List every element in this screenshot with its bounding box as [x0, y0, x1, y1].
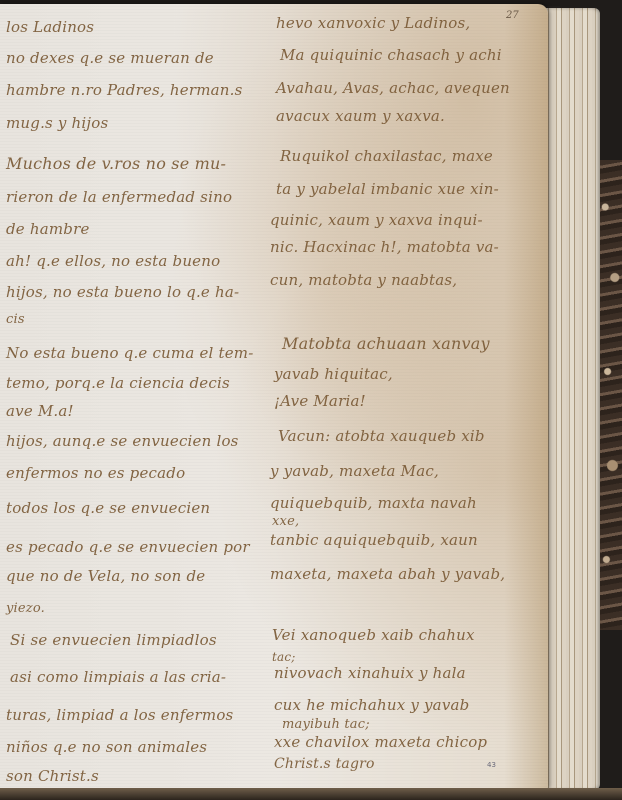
left-line: los Ladinos — [6, 18, 94, 36]
right-line: Ma quiquinic chasach y achi — [280, 46, 502, 64]
left-line: todos los q.e se envuecien — [6, 499, 210, 517]
left-line: Si se envuecien limpiadlos — [10, 631, 217, 649]
right-line: Christ.s tagro — [274, 756, 375, 772]
left-line: mug.s y hijos — [6, 114, 108, 132]
right-line: quiquebquib, maxta navah — [270, 494, 477, 512]
right-line: Matobta achuaan xanvay — [282, 334, 490, 353]
right-line: yavab hiquitac, — [274, 365, 393, 383]
left-line: hambre n.ro Padres, herman.s — [6, 81, 243, 99]
left-line: rieron de la enfermedad sino — [6, 188, 232, 206]
left-line: que no de Vela, no son de — [6, 567, 205, 585]
right-line: Vei xanoqueb xaib chahux — [272, 626, 475, 644]
folio-number: 27 — [506, 10, 519, 21]
left-line: hijos, no esta bueno lo q.e ha- — [6, 283, 239, 301]
right-line: nivovach xinahuix y hala — [274, 664, 466, 682]
left-line: cis — [6, 312, 25, 327]
left-line: niños q.e no son animales — [6, 738, 207, 756]
left-line: ave M.a! — [6, 402, 74, 420]
left-line: de hambre — [6, 220, 90, 238]
left-line: Muchos de v.ros no se mu- — [6, 154, 226, 173]
right-line: quinic, xaum y xaxva inqui- — [270, 211, 483, 229]
left-line: son Christ.s — [6, 767, 99, 785]
bottom-binding-edge — [0, 788, 622, 800]
left-line: enfermos no es pecado — [6, 464, 185, 482]
page-edges — [540, 8, 600, 790]
right-line: maxeta, maxeta abah y yavab, — [270, 565, 505, 583]
left-line: yiezo. — [6, 601, 45, 616]
left-line: es pecado q.e se envuecien por — [6, 538, 250, 556]
archive-stamp: 43 — [487, 761, 496, 769]
right-line: Ruquikol chaxilastac, maxe — [280, 147, 493, 165]
right-line: cux he michahux y yavab — [274, 696, 469, 714]
right-line: mayibuh tac; — [282, 717, 370, 732]
left-line: hijos, aunq.e se envuecien los — [6, 432, 239, 450]
right-line: tanbic aquiquebquib, xaun — [270, 531, 478, 549]
right-line: y yavab, maxeta Mac, — [270, 462, 439, 480]
left-line: asi como limpiais a las cria- — [10, 668, 226, 686]
left-line: temo, porq.e la ciencia decis — [6, 374, 230, 392]
right-line: cun, matobta y naabtas, — [270, 271, 457, 289]
manuscript-scan: 27 los Ladinos no dexes q.e se mueran de… — [0, 0, 622, 800]
right-line: nic. Hacxinac h!, matobta va- — [270, 238, 499, 256]
right-line: avacux xaum y xaxva. — [276, 107, 445, 125]
marbled-board — [598, 160, 622, 630]
right-line: Avahau, Avas, achac, avequen — [276, 79, 510, 97]
right-line: xxe, — [272, 514, 299, 529]
left-line: No esta bueno q.e cuma el tem- — [6, 344, 254, 362]
right-line: ¡Ave Maria! — [274, 392, 366, 410]
left-line: turas, limpiad a los enfermos — [6, 706, 233, 724]
manuscript-page: 27 los Ladinos no dexes q.e se mueran de… — [0, 4, 548, 790]
left-line: no dexes q.e se mueran de — [6, 49, 214, 67]
right-line: hevo xanvoxic y Ladinos, — [276, 14, 470, 32]
right-line: xxe chavilox maxeta chicop — [274, 733, 487, 751]
left-line: ah! q.e ellos, no esta bueno — [6, 252, 220, 270]
right-line: ta y yabelal imbanic xue xin- — [276, 180, 499, 198]
right-line: Vacun: atobta xauqueb xib — [278, 427, 485, 445]
right-line: tac; — [272, 650, 296, 664]
